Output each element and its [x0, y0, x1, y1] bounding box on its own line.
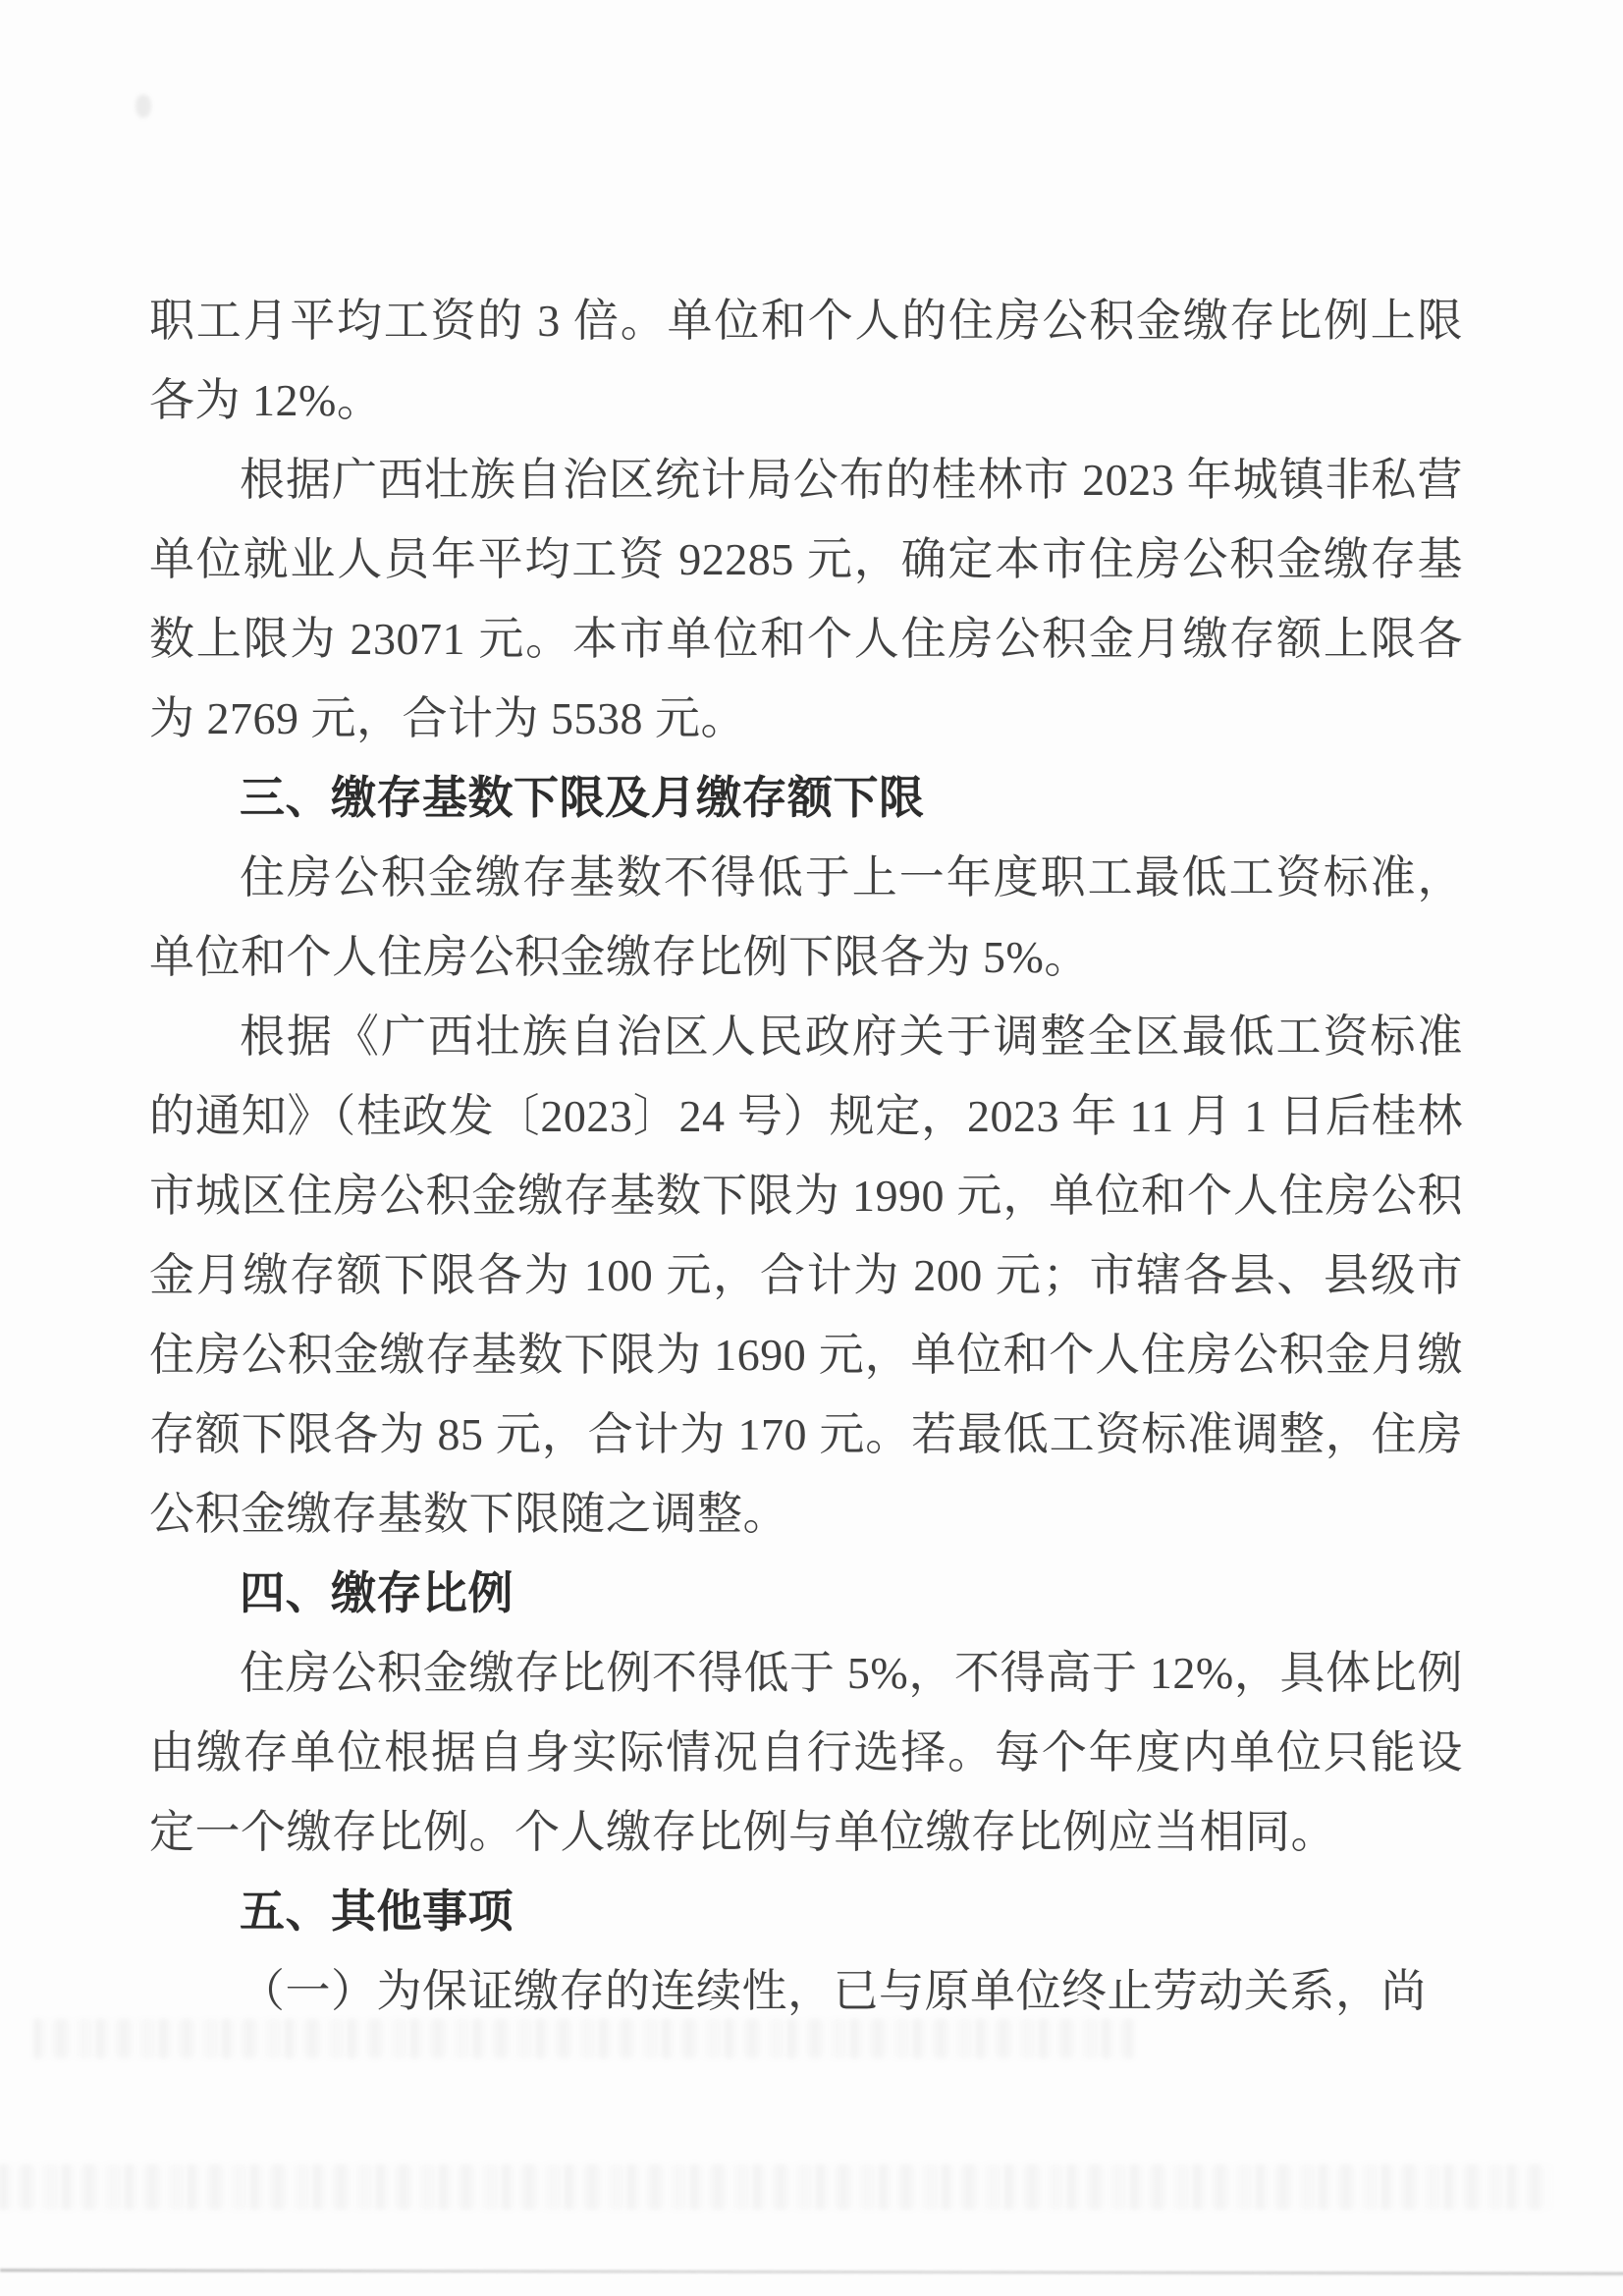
scan-bleedthrough-artifact — [0, 2164, 1551, 2210]
section-heading-5: 五、其他事项 — [149, 1872, 1463, 1951]
section-heading-4: 四、缴存比例 — [149, 1554, 1463, 1633]
paragraph: 根据广西壮族自治区统计局公布的桂林市 2023 年城镇非私营单位就业人员年平均工… — [149, 440, 1463, 758]
paragraph-continuation: 职工月平均工资的 3 倍。单位和个人的住房公积金缴存比例上限各为 12%。 — [149, 281, 1463, 440]
paragraph: 住房公积金缴存基数不得低于上一年度职工最低工资标准，单位和个人住房公积金缴存比例… — [149, 838, 1463, 997]
document-page: 职工月平均工资的 3 倍。单位和个人的住房公积金缴存比例上限各为 12%。 根据… — [0, 0, 1623, 2296]
paragraph: 住房公积金缴存比例不得低于 5%，不得高于 12%，具体比例由缴存单位根据自身实… — [149, 1633, 1463, 1872]
section-heading-3: 三、缴存基数下限及月缴存额下限 — [149, 758, 1463, 838]
document-body: 职工月平均工资的 3 倍。单位和个人的住房公积金缴存比例上限各为 12%。 根据… — [0, 281, 1623, 2031]
paragraph: 根据《广西壮族自治区人民政府关于调整全区最低工资标准的通知》（桂政发〔2023〕… — [149, 997, 1463, 1554]
scan-bleedthrough-artifact — [34, 2019, 1134, 2058]
scan-page-edge-line — [0, 2269, 1623, 2274]
scan-smudge-artifact — [135, 94, 151, 118]
